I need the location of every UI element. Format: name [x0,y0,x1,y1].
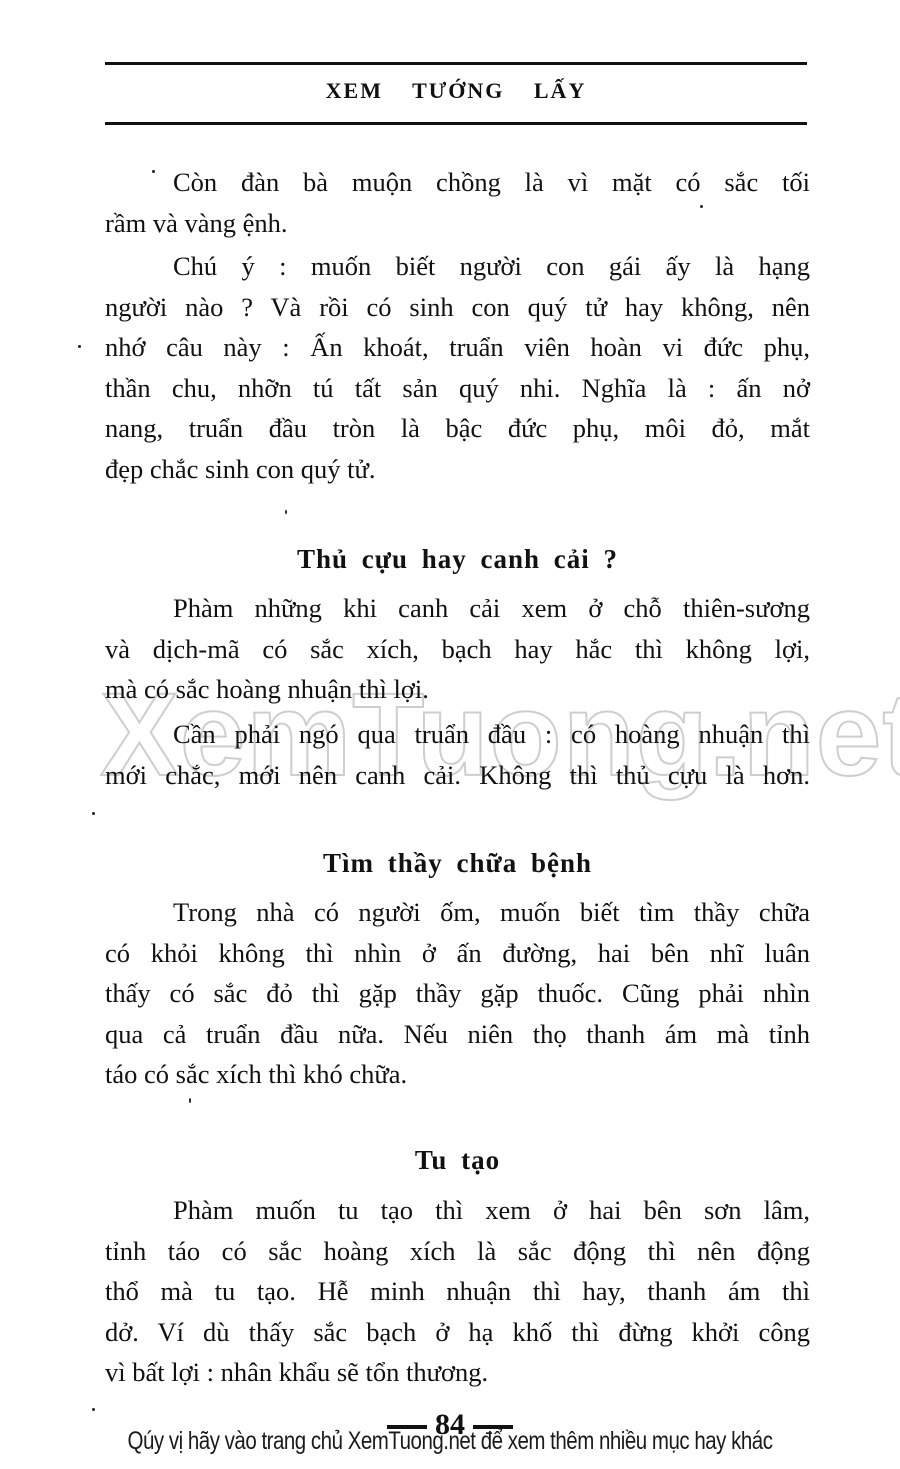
text-line: và dịch-mã có sắc xích, bạch hay hắc thì… [105,629,810,670]
header-rule-top [105,62,807,65]
footer-banner-link[interactable]: Qúy vị hãy vào trang chủ XemTuong.net để… [81,1427,819,1456]
print-speck [92,812,95,815]
text-line: người nào ? Và rồi có sinh con quý tử ha… [105,287,810,328]
text-line: thổ mà tu tạo. Hễ minh nhuận thì hay, th… [105,1271,810,1312]
section-heading: Tìm thầy chữa bệnh [105,848,810,879]
text-line: đẹp chắc sinh con quý tử. [105,449,810,490]
text-line: Còn đàn bà muộn chồng là vì mặt có sắc t… [105,162,810,203]
text-line: vì bất lợi : nhân khẩu sẽ tổn thương. [105,1352,810,1393]
text-line: qua cả truẩn đầu nữa. Nếu niên thọ thanh… [105,1014,810,1055]
text-line: mới chắc, mới nên canh cải. Không thì th… [105,755,810,796]
paragraph: Còn đàn bà muộn chồng là vì mặt có sắc t… [105,162,810,243]
paragraph: Trong nhà có người ốm, muốn biết tìm thầ… [105,892,810,1095]
paragraph: Phàm muốn tu tạo thì xem ở hai bên sơn l… [105,1190,810,1393]
text-line: có khỏi không thì nhìn ở ấn đường, hai b… [105,933,810,974]
paragraph: Chú ý : muốn biết người con gái ấy là hạ… [105,246,810,489]
text-line: Phàm muốn tu tạo thì xem ở hai bên sơn l… [105,1190,810,1231]
paragraph: Phàm những khi canh cải xem ở chỗ thiên-… [105,588,810,710]
text-line: thấy có sắc đỏ thì gặp thầy gặp thuốc. C… [105,973,810,1014]
text-line: Trong nhà có người ốm, muốn biết tìm thầ… [105,892,810,933]
print-speck [285,510,287,514]
text-line: Phàm những khi canh cải xem ở chỗ thiên-… [105,588,810,629]
text-line: mà có sắc hoàng nhuận thì lợi. [105,669,810,710]
text-line: rầm và vàng ệnh. [105,203,810,244]
text-line: dở. Ví dù thấy sắc bạch ở hạ khố thì đừn… [105,1312,810,1353]
running-head: XEM TƯỚNG LẤY [105,78,807,104]
header-rule-bottom [105,122,807,125]
text-line: Chú ý : muốn biết người con gái ấy là hạ… [105,246,810,287]
print-speck [78,345,81,348]
section-heading: Tu tạo [105,1145,810,1176]
text-line: thần chu, nhỡn tú tất sản quý nhi. Nghĩa… [105,368,810,409]
text-line: tỉnh táo có sắc hoàng xích là sắc động t… [105,1231,810,1272]
book-page: XEM TƯỚNG LẤY XemTuong.net Còn đàn bà mu… [0,0,900,1469]
text-line: táo có sắc xích thì khó chữa. [105,1054,810,1095]
text-line: Cần phải ngó qua truẩn đầu : có hoàng nh… [105,714,810,755]
section-heading: Thủ cựu hay canh cải ? [105,544,810,575]
print-speck [189,1098,191,1103]
text-line: nhớ câu này : Ấn khoát, truẩn viên hoàn … [105,327,810,368]
text-line: nang, truẩn đầu tròn là bậc đức phụ, môi… [105,408,810,449]
paragraph: Cần phải ngó qua truẩn đầu : có hoàng nh… [105,714,810,795]
